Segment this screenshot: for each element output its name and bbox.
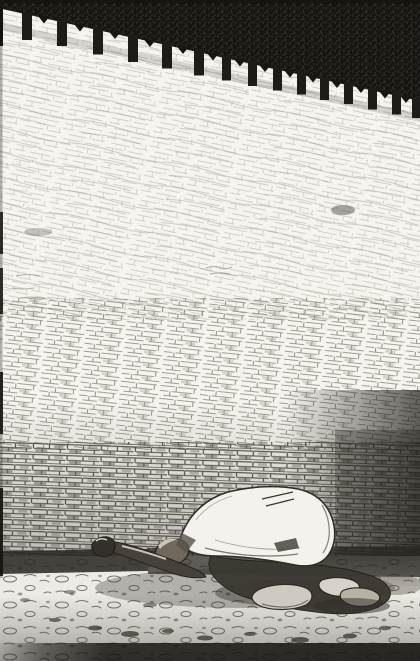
engraving-illustration: Prostrate figure before a fortress wall …	[0, 0, 420, 661]
dark-brick-patch-2	[24, 228, 52, 236]
illustration-canvas: Prostrate figure before a fortress wall …	[0, 0, 420, 661]
border-left-seg5	[0, 488, 3, 576]
wall-corner-shadow	[335, 430, 420, 560]
border-left-seg3	[0, 268, 3, 314]
border-left-seg1	[0, 0, 3, 46]
dark-brick-patch	[331, 205, 355, 215]
figure-shin-patch	[252, 584, 312, 609]
feet-shadow	[314, 598, 390, 614]
bottom-dark-band	[0, 643, 420, 661]
border-left-seg4	[0, 372, 3, 434]
border-left-seg2	[0, 212, 3, 254]
border-top	[0, 0, 420, 3]
